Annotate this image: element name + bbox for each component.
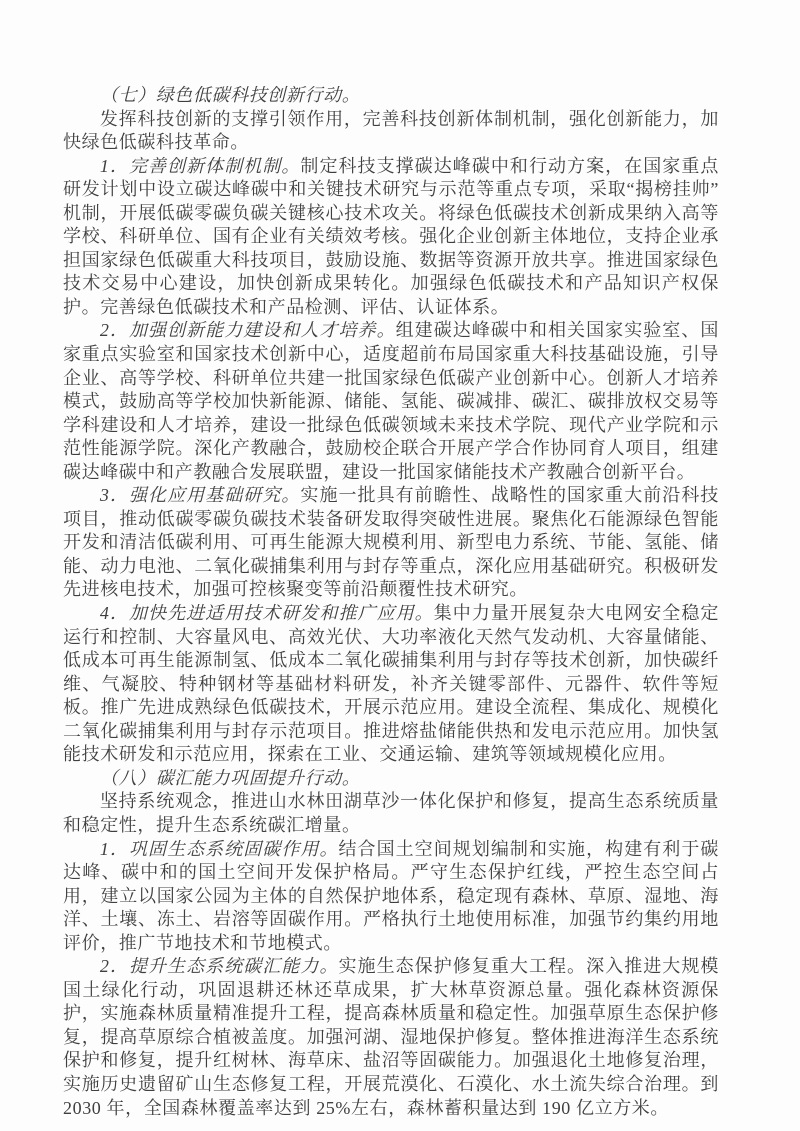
- numbered-paragraph: 3．强化应用基础研究。实施一批具有前瞻性、战略性的国家重大前沿科技项目，推动低碳…: [63, 484, 719, 602]
- paragraph-text: 实施生态保护修复重大工程。深入推进大规模国土绿化行动，巩固退耕还林还草成果，扩大…: [63, 956, 719, 1117]
- item-lead: 加快先进适用技术研发和推广应用。: [129, 603, 434, 623]
- item-lead: 巩固生态系统固碳作用。: [129, 839, 339, 859]
- paragraph-text: 制定科技支撑碳达峰碳中和行动方案，在国家重点研发计划中设立碳达峰碳中和关键技术研…: [63, 156, 719, 317]
- numbered-paragraph: 4．加快先进适用技术研发和推广应用。集中力量开展复杂大电网安全稳定运行和控制、大…: [63, 602, 719, 767]
- body-paragraph: 发挥科技创新的支撑引领作用，完善科技创新体制机制，强化创新能力，加快绿色低碳科技…: [63, 108, 719, 155]
- item-lead: 提升生态系统碳汇能力。: [129, 956, 339, 976]
- item-number: 1．: [100, 839, 129, 859]
- section-heading: （七）绿色低碳科技创新行动。: [63, 84, 719, 108]
- document-page: （七）绿色低碳科技创新行动。发挥科技创新的支撑引领作用，完善科技创新体制机制，强…: [0, 0, 800, 1131]
- item-number: 1．: [100, 156, 129, 176]
- body-paragraph: 坚持系统观念，推进山水林田湖草沙一体化保护和修复，提高生态系统质量和稳定性，提升…: [63, 790, 719, 837]
- item-number: 2．: [100, 956, 129, 976]
- paragraph-text: 集中力量开展复杂大电网安全稳定运行和控制、大容量风电、高效光伏、大功率液化天然气…: [63, 603, 719, 764]
- item-number: 3．: [100, 485, 129, 505]
- numbered-paragraph: 2．加强创新能力建设和人才培养。组建碳达峰碳中和相关国家实验室、国家重点实验室和…: [63, 319, 719, 484]
- item-lead: 强化应用基础研究。: [129, 485, 300, 505]
- item-lead: 加强创新能力建设和人才培养。: [129, 320, 396, 340]
- item-lead: 完善创新体制机制。: [129, 156, 300, 176]
- numbered-paragraph: 2．提升生态系统碳汇能力。实施生态保护修复重大工程。深入推进大规模国土绿化行动，…: [63, 955, 719, 1120]
- document-content: （七）绿色低碳科技创新行动。发挥科技创新的支撑引领作用，完善科技创新体制机制，强…: [63, 84, 719, 1120]
- section-heading: （八）碳汇能力巩固提升行动。: [63, 767, 719, 791]
- numbered-paragraph: 1．完善创新体制机制。制定科技支撑碳达峰碳中和行动方案，在国家重点研发计划中设立…: [63, 155, 719, 320]
- paragraph-text: 组建碳达峰碳中和相关国家实验室、国家重点实验室和国家技术创新中心，适度超前布局国…: [63, 320, 719, 481]
- item-number: 4．: [100, 603, 129, 623]
- numbered-paragraph: 1．巩固生态系统固碳作用。结合国土空间规划编制和实施，构建有利于碳达峰、碳中和的…: [63, 838, 719, 956]
- item-number: 2．: [100, 320, 129, 340]
